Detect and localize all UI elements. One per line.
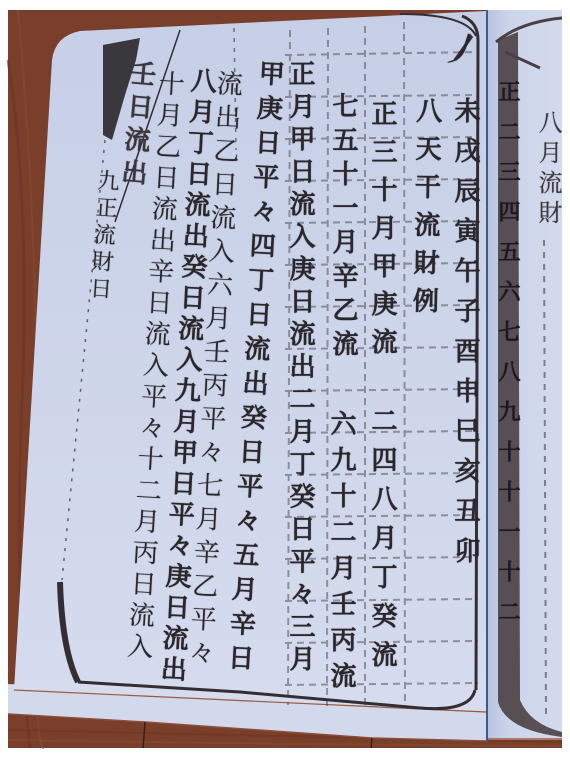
column-5: 正月甲日流入庚日流出二月丁癸日平々三月	[287, 60, 313, 678]
column-4-upper: 七五十一月辛乙流	[330, 92, 356, 364]
section-number: 八	[411, 97, 442, 136]
section-number: 九	[93, 168, 120, 197]
column-3-lower: 二四八月丁癸流	[369, 407, 395, 680]
column-3-upper: 正三十月甲庚流	[369, 100, 395, 366]
section-title: 天干流財例	[408, 135, 441, 325]
right-column-heading: 八月流財	[536, 110, 560, 230]
book-photo: 丿 未戌辰寅午子酉申巳亥丑卯 八天干流財例 正三十月甲庚流 二四八月丁癸流 七五…	[0, 0, 570, 758]
column-branch-order: 未戌辰寅午子酉申巳亥丑卯	[452, 97, 478, 577]
right-page-text: 正二三四五六七八九十十一十二 八月流財	[488, 10, 562, 740]
right-column-months: 正二三四五六七八九十十一十二	[497, 80, 519, 640]
column-4-lower: 六九十二月壬丙流	[328, 410, 354, 698]
column-section-heading: 八天干流財例	[410, 97, 440, 325]
